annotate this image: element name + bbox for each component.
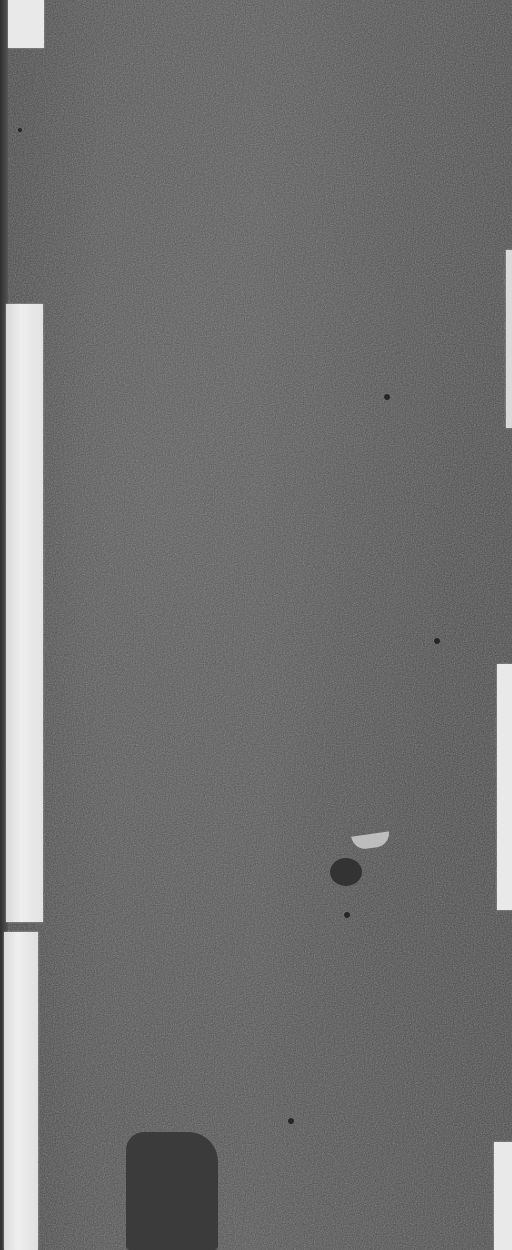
road-surface (0, 0, 512, 1250)
left-lane-marking (4, 932, 38, 1250)
pothole-dot (434, 638, 440, 644)
pothole-dot (18, 128, 22, 132)
dark-stain (330, 858, 362, 886)
left-lane-marking (6, 304, 43, 922)
asphalt-texture (0, 0, 512, 1250)
left-lane-marking (8, 0, 44, 48)
asphalt-patch (126, 1132, 218, 1250)
pothole-dot (344, 912, 350, 918)
pothole-dot (288, 1118, 294, 1124)
right-lane-marking (497, 664, 512, 910)
right-lane-marking (494, 1142, 512, 1250)
right-lane-marking (506, 250, 512, 428)
pothole-dot (384, 394, 390, 400)
